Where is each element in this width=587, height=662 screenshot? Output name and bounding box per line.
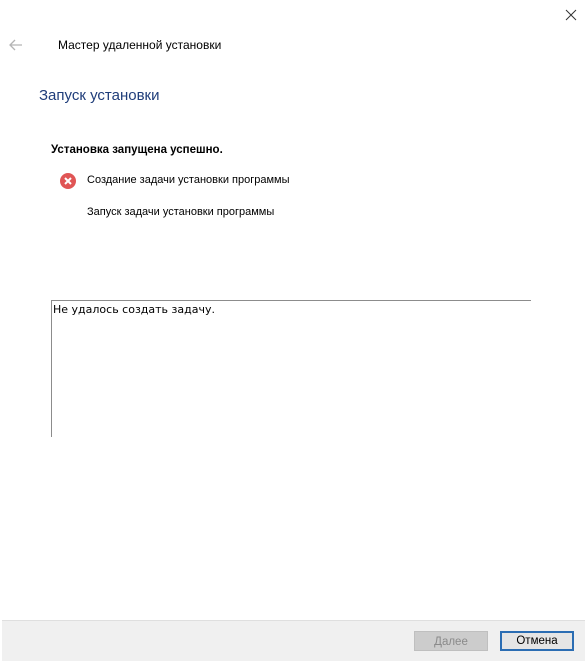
cancel-button[interactable]: Отмена — [500, 631, 574, 651]
step-run-task: Запуск задачи установки программы — [87, 206, 274, 218]
status-message: Установка запущена успешно. — [51, 144, 223, 156]
footer-bar: Далее Отмена — [2, 620, 585, 661]
error-icon — [60, 173, 76, 189]
close-button[interactable] — [560, 4, 582, 26]
back-button[interactable] — [8, 38, 24, 52]
log-textbox[interactable]: Не удалось создать задачу. — [51, 300, 531, 437]
back-arrow-icon — [8, 38, 24, 52]
next-label: алее — [442, 636, 468, 648]
close-icon — [560, 4, 582, 26]
next-button[interactable]: Далее — [414, 631, 488, 651]
wizard-title: Мастер удаленной установки — [58, 38, 221, 52]
log-text: Не удалось создать задачу. — [53, 303, 215, 316]
page-title: Запуск установки — [39, 87, 160, 104]
step-create-task: Создание задачи установки программы — [87, 174, 290, 186]
next-accel: Д — [434, 636, 442, 648]
